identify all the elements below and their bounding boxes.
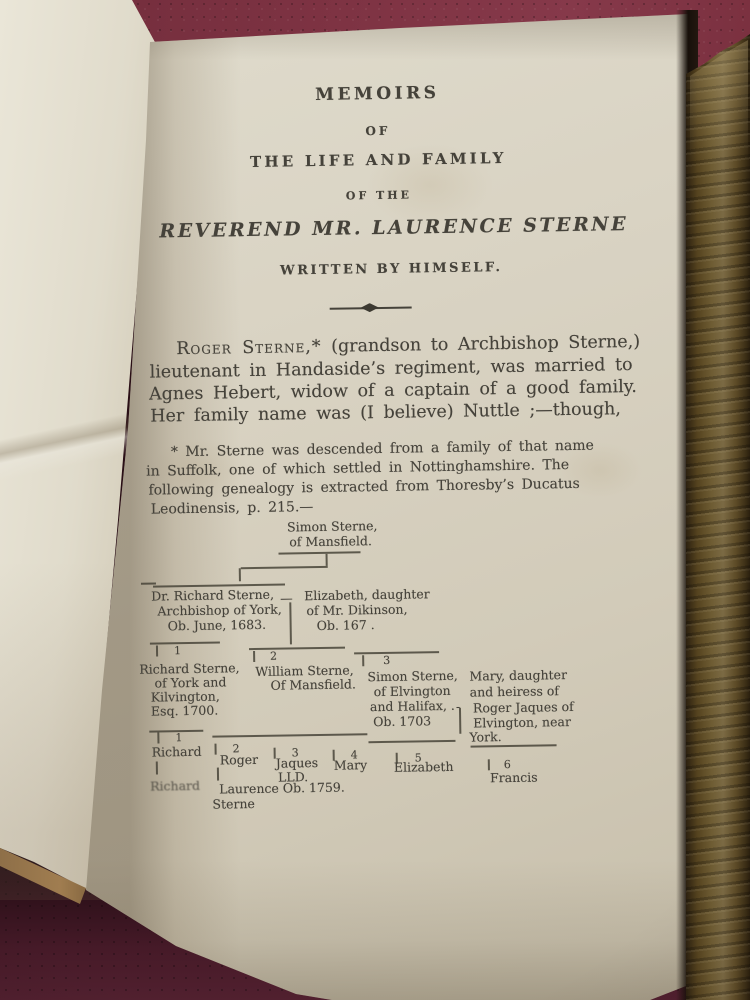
tree-line — [488, 759, 490, 770]
gen3-mary-line-2: and heiress of — [470, 683, 559, 699]
gen5-laurence-line-1: Laurence Ob. 1759. — [219, 780, 345, 797]
tree-line — [241, 566, 328, 569]
gen1-simon-sterne: Simon Sterne, — [287, 518, 378, 534]
title-of-the: OF THE — [329, 188, 429, 203]
gen3-number-2: 2 — [270, 650, 277, 663]
tree-line — [212, 733, 367, 737]
tree-line — [156, 646, 158, 657]
gen3-simon-line-2: of Elvington — [374, 683, 451, 699]
gen2-wife-line-3: Ob. 167 . — [317, 617, 375, 633]
tree-line — [150, 642, 220, 645]
gen3-mary-line-3: Roger Jaques of — [473, 699, 574, 716]
gen1-of-mansfield: of Mansfield. — [289, 533, 372, 549]
gen4-name-francis: Francis — [490, 770, 538, 786]
gen4-number-1: 1 — [175, 731, 182, 744]
tree-line — [253, 651, 255, 662]
tree-line — [326, 554, 328, 566]
title-life-and-family: THE LIFE AND FAMILY — [228, 149, 528, 172]
gen4-name-richard: Richard — [151, 744, 201, 760]
tree-line — [214, 744, 216, 755]
tree-line — [156, 762, 158, 775]
tree-line — [362, 655, 364, 666]
gen3-richard-line-4: Esq. 1700. — [151, 703, 219, 719]
title-reverend-laurence-sterne: REVEREND MR. LAURENCE STERNE — [159, 214, 599, 243]
gen3-number-3: 3 — [383, 654, 390, 667]
gen3-mary-line-5: York. — [469, 729, 501, 745]
footnote-line-4: Leodinensis, p. 215.— — [151, 499, 314, 518]
gen2-wife-line-1: Elizabeth, daughter — [304, 586, 430, 603]
tree-line — [289, 602, 291, 644]
title-of: OF — [328, 123, 428, 139]
tree-line — [471, 744, 557, 747]
footnote-line-3: following genealogy is extracted from Th… — [148, 476, 580, 499]
page-content: MEMOIRS OF THE LIFE AND FAMILY OF THE RE… — [0, 0, 750, 1000]
gen3-mary-line-1: Mary, daughter — [469, 667, 567, 684]
tree-line — [354, 651, 439, 654]
paragraph-lead-smallcaps: Roger Sterne,* — [176, 337, 322, 359]
title-written-by-himself: WRITTEN BY HIMSELF. — [280, 260, 480, 278]
divider-ornament-diamond — [361, 303, 379, 312]
gen3-number-1: 1 — [174, 644, 181, 657]
gen4-name-mary: Mary — [334, 757, 368, 773]
gen3-william-line-2: Of Mansfield. — [270, 676, 356, 692]
book-photograph: MEMOIRS OF THE LIFE AND FAMILY OF THE RE… — [0, 0, 750, 1000]
tree-line — [157, 732, 159, 743]
gen3-simon-line-1: Simon Sterne, — [367, 668, 458, 684]
paragraph-line-1-rest: (grandson to Archbishop Sterne,) — [321, 332, 640, 357]
gen4-name-elizabeth: Elizabeth — [394, 759, 454, 775]
tree-line — [141, 583, 156, 585]
tree-line — [217, 768, 219, 781]
gen4-name-roger: Roger — [220, 752, 259, 768]
gen5-richard-child: Richard — [150, 778, 200, 794]
tree-line — [249, 647, 345, 650]
gen3-mary-line-4: Elvington, near — [473, 714, 571, 731]
gen2-wife-line-2: of Mr. Dikinson, — [306, 602, 407, 619]
gen4-name-jaques: Jaques — [276, 755, 319, 771]
tree-line — [368, 740, 455, 743]
gen3-simon-line-4: Ob. 1703 — [373, 713, 431, 729]
tree-line — [239, 568, 241, 581]
tree-line — [278, 551, 360, 554]
title-memoirs: MEMOIRS — [277, 82, 477, 105]
gen3-simon-line-3: and Halifax, . — [370, 698, 455, 714]
gen5-laurence-line-2: Sterne — [212, 796, 255, 812]
gen2-husband-line-3: Ob. June, 1683. — [168, 617, 267, 634]
tree-line — [459, 708, 461, 734]
